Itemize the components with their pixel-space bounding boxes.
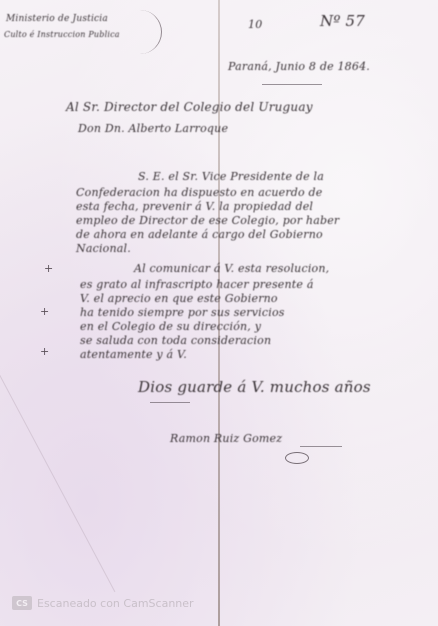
body-line: se saluda con toda consideracion xyxy=(80,334,271,347)
body-line: ha tenido siempre por sus servicios xyxy=(80,306,285,319)
scanner-watermark: CS Escaneado con CamScanner xyxy=(12,596,194,610)
signature-rubric xyxy=(285,452,309,464)
body-line: atentamente y á V. xyxy=(80,348,187,361)
body-line: Nacional. xyxy=(76,242,131,255)
closing-underline xyxy=(150,402,190,403)
folio-number: 10 xyxy=(248,18,262,31)
camscanner-icon: CS xyxy=(12,596,32,610)
body-line: en el Colegio de su dirección, y xyxy=(80,320,261,333)
closing-formula: Dios guarde á V. muchos años xyxy=(138,378,371,396)
addressee-line-2: Don Dn. Alberto Larroque xyxy=(78,122,228,135)
place-date: Paraná, Junio 8 de 1864. xyxy=(228,60,370,73)
body-line: de ahora en adelante á cargo del Gobiern… xyxy=(76,228,323,241)
margin-mark: + xyxy=(44,262,53,275)
margin-mark: + xyxy=(40,305,49,318)
addressee-line-1: Al Sr. Director del Colegio del Uruguay xyxy=(66,100,313,114)
body-line: S. E. el Sr. Vice Presidente de la xyxy=(138,170,324,183)
body-line: Al comunicar á V. esta resolucion, xyxy=(134,262,329,275)
margin-mark: + xyxy=(40,345,49,358)
body-line: V. el aprecio en que este Gobierno xyxy=(80,292,278,305)
signature-flourish-line xyxy=(300,446,342,447)
body-line: es grato al infrascripto hacer presente … xyxy=(80,278,314,291)
body-line: empleo de Director de ese Colegio, por h… xyxy=(76,214,339,227)
sender-line-2: Culto é Instruccion Publica xyxy=(4,30,120,39)
sender-line-1: Ministerio de Justicia xyxy=(6,14,108,24)
body-line: esta fecha, prevenir á V. la propiedad d… xyxy=(76,200,313,213)
watermark-text: Escaneado con CamScanner xyxy=(37,597,194,610)
date-underline xyxy=(262,84,322,85)
body-line: Confederacion ha dispuesto en acuerdo de xyxy=(76,186,323,199)
document-number: Nº 57 xyxy=(320,12,365,30)
signature: Ramon Ruiz Gomez xyxy=(170,432,282,445)
